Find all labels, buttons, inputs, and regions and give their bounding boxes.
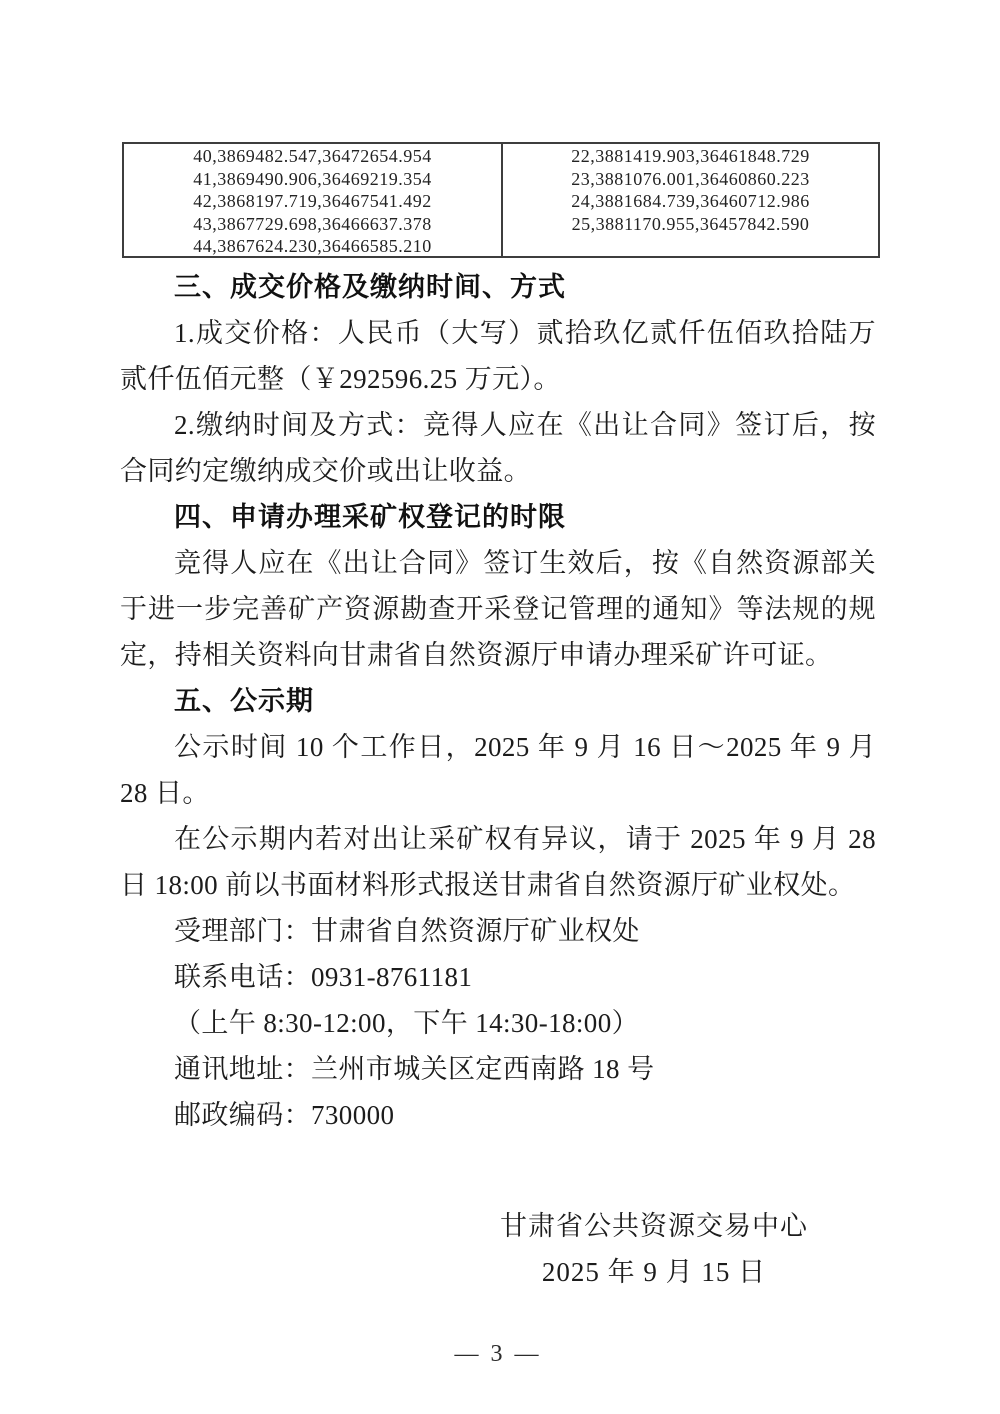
document-page: 40,3869482.547,36472654.954 41,3869490.9… (0, 0, 1000, 1414)
paragraph-publicity-period: 公示时间 10 个工作日，2025 年 9 月 16 日～2025 年 9 月 … (120, 724, 876, 816)
section-heading-registration: 四、申请办理采矿权登记的时限 (120, 494, 876, 540)
signature-organization: 甘肃省公共资源交易中心 (484, 1203, 824, 1249)
coordinate-row: 24,3881684.739,36460712.986 (503, 190, 878, 213)
coordinate-row: 41,3869490.906,36469219.354 (124, 168, 501, 191)
paragraph-registration: 竞得人应在《出让合同》签订生效后，按《自然资源部关于进一步完善矿产资源勘查开采登… (120, 540, 876, 678)
coordinate-table: 40,3869482.547,36472654.954 41,3869490.9… (122, 142, 880, 258)
contact-department: 受理部门：甘肃省自然资源厅矿业权处 (120, 908, 876, 954)
coordinate-row: 44,3867624.230,36466585.210 (124, 235, 501, 258)
contact-hours: （上午 8:30-12:00，下午 14:30-18:00） (120, 1000, 876, 1046)
coordinate-row: 23,3881076.001,36460860.223 (503, 168, 878, 191)
paragraph-payment-terms: 2.缴纳时间及方式：竞得人应在《出让合同》签订后，按合同约定缴纳成交价或出让收益… (120, 402, 876, 494)
section-heading-price: 三、成交价格及缴纳时间、方式 (120, 264, 876, 310)
contact-postcode: 邮政编码：730000 (120, 1092, 876, 1138)
section-heading-publicity: 五、公示期 (120, 678, 876, 724)
coordinate-row: 40,3869482.547,36472654.954 (124, 145, 501, 168)
paragraph-price-amount: 1.成交价格：人民币（大写）贰拾玖亿贰仟伍佰玖拾陆万贰仟伍佰元整（￥292596… (120, 310, 876, 402)
coordinate-row: 22,3881419.903,36461848.729 (503, 145, 878, 168)
coordinate-column-left: 40,3869482.547,36472654.954 41,3869490.9… (124, 144, 501, 256)
paragraph-objection: 在公示期内若对出让采矿权有异议，请于 2025 年 9 月 28 日 18:00… (120, 816, 876, 908)
coordinate-row: 42,3868197.719,36467541.492 (124, 190, 501, 213)
contact-address: 通讯地址：兰州市城关区定西南路 18 号 (120, 1046, 876, 1092)
coordinate-row: 25,3881170.955,36457842.590 (503, 213, 878, 236)
coordinate-row: 43,3867729.698,36466637.378 (124, 213, 501, 236)
signature-block: 甘肃省公共资源交易中心 2025 年 9 月 15 日 (484, 1203, 824, 1295)
coordinate-column-right: 22,3881419.903,36461848.729 23,3881076.0… (501, 144, 878, 256)
signature-date: 2025 年 9 月 15 日 (484, 1249, 824, 1295)
contact-phone: 联系电话：0931-8761181 (120, 954, 876, 1000)
page-number: — 3 — (120, 1331, 876, 1377)
document-body: 三、成交价格及缴纳时间、方式 1.成交价格：人民币（大写）贰拾玖亿贰仟伍佰玖拾陆… (120, 264, 876, 1377)
